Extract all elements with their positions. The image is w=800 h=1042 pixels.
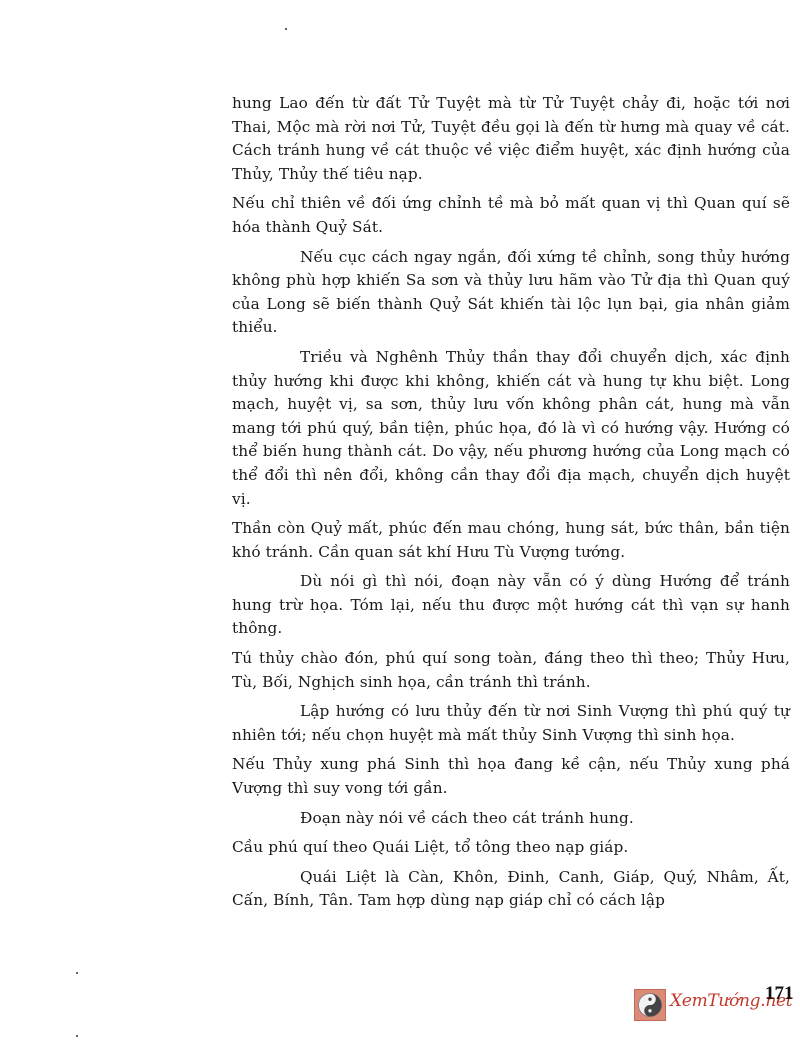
paragraph-6: Dù nói gì thì nói, đoạn này vẫn có ý dùn… — [232, 570, 790, 641]
page-body: hung Lao đến từ đất Tử Tuyệt mà từ Tử Tu… — [232, 92, 790, 919]
paragraph-2: Nếu chỉ thiên về đối ứng chỉnh tề mà bỏ … — [232, 192, 790, 239]
paragraph-5: Thần còn Quỷ mất, phúc đến mau chóng, hu… — [232, 517, 790, 564]
paragraph-4: Triều và Nghênh Thủy thần thay đổi chuyể… — [232, 346, 790, 511]
paragraph-9: Nếu Thủy xung phá Sinh thì họa đang kề c… — [232, 753, 790, 800]
paragraph-3: Nếu cục cách ngay ngắn, đối xứng tề chỉn… — [232, 246, 790, 340]
paragraph-11: Cầu phú quí theo Quái Liệt, tổ tông theo… — [232, 836, 790, 860]
paragraph-1: hung Lao đến từ đất Tử Tuyệt mà từ Tử Tu… — [232, 92, 790, 186]
paragraph-12: Quái Liệt là Càn, Khôn, Đinh, Canh, Giáp… — [232, 866, 790, 913]
scan-speck-left-1 — [76, 972, 78, 974]
watermark-logo[interactable] — [634, 989, 666, 1021]
yin-yang-icon — [638, 993, 662, 1017]
page-number: 171 — [765, 983, 794, 1005]
scan-speck-left-2 — [76, 1035, 78, 1037]
paragraph-8: Lập hướng có lưu thủy đến từ nơi Sinh Vư… — [232, 700, 790, 747]
paragraph-7: Tú thủy chào đón, phú quí song toàn, đán… — [232, 647, 790, 694]
paragraph-10: Đoạn này nói về cách theo cát tránh hung… — [232, 807, 790, 831]
page-footer: XemTướng.net 171 — [632, 985, 800, 1025]
scan-speck-top — [285, 28, 287, 30]
